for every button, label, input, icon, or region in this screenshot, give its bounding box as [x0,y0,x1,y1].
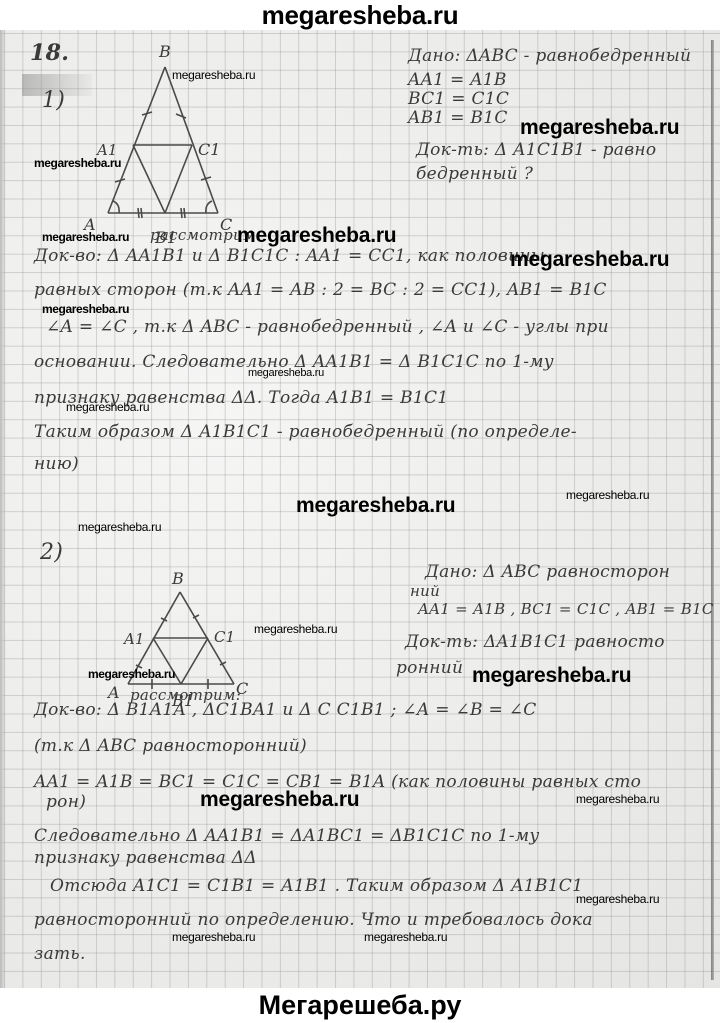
part1-proof-line-7: нию) [34,454,79,474]
watermark: megaresheba.ru [296,494,455,518]
part2-proof-line-2: (т.к Δ ABC равносторонний) [34,736,307,756]
part2-prove-line-2: ронний [396,658,463,678]
part2-proof-line-4: рон) [46,792,86,812]
part2-proof-line-9: зать. [34,944,86,964]
svg-text:C1: C1 [214,628,235,646]
site-header: megaresheba.ru [0,0,720,30]
watermark: megaresheba.ru [172,68,255,82]
part1-proof-line-6: Таким образом Δ A1B1C1 - равнобедренный … [34,422,577,442]
watermark: megaresheba.ru [66,400,149,414]
watermark: megaresheba.ru [237,224,396,248]
part2-proof-line-1: Док-во: Δ B1A1A , ΔC1BA1 и Δ C C1B1 ; ∠A… [34,700,537,720]
watermark: megaresheba.ru [520,116,679,140]
part1-proof-line-3: ∠A = ∠C , т.к Δ ABC - равнобедренный , ∠… [46,317,609,337]
part1-given-title: Дано: ΔABC - равнобедренный [408,46,691,66]
watermark: megaresheba.ru [88,667,175,681]
svg-text:B: B [158,42,171,61]
part2-proof-line-8: равносторонний по определению. Что и тре… [34,910,593,930]
part2-given-title-cont: ний [410,582,440,600]
site-title: megaresheba.ru [262,0,459,30]
part2-proof-line-5: Следовательно Δ AA1B1 = ΔA1BC1 = ΔB1C1C … [34,826,540,846]
part2-given-title: Дано: Δ ABC равносторон [425,562,670,582]
part2-prove-line-1: Док-ть: ΔA1B1C1 равносто [405,632,665,652]
watermark: megaresheba.ru [200,788,359,812]
part1-given-line-3: AB1 = B1C [408,108,508,128]
part2-proof-line-6: признаку равенства ΔΔ [34,848,257,868]
part1-given-line-1: AA1 = A1B [408,70,507,90]
part1-prove-line-1: Док-ть: Δ A1C1B1 - равно [416,140,656,160]
site-footer-title: Мегарешеба.ру [259,990,462,1020]
notebook-page: 18. 1) B A1 C1 A B1 C Дано: ΔABC - равно… [0,30,720,988]
part1-proof-line-2: равных сторон (т.к AA1 = AB : 2 = BC : 2… [34,280,607,300]
watermark: megaresheba.ru [78,520,161,534]
svg-text:C1: C1 [198,140,220,159]
watermark: megaresheba.ru [248,367,324,379]
svg-text:B: B [171,569,184,588]
watermark: megaresheba.ru [42,302,129,316]
watermark: megaresheba.ru [34,156,121,170]
part1-proof-line-1: Док-во: Δ AA1B1 и Δ B1C1C : AA1 = CC1, к… [34,246,545,266]
watermark: megaresheba.ru [576,892,659,906]
svg-text:A1: A1 [122,630,144,648]
part1-prove-line-2: бедренный ? [416,164,533,184]
watermark: megaresheba.ru [472,664,631,688]
watermark: megaresheba.ru [254,622,337,636]
part2-proof-line-7: Отсюда A1C1 = C1B1 = A1B1 . Таким образо… [50,876,583,896]
watermark: megaresheba.ru [172,930,255,944]
part2-given-line: AA1 = A1B , BC1 = C1C , AB1 = B1C [418,600,714,618]
watermark: megaresheba.ru [576,792,659,806]
watermark: megaresheba.ru [566,488,649,502]
watermark: megaresheba.ru [364,930,447,944]
site-footer: Мегарешеба.ру [0,988,720,1023]
watermark: megaresheba.ru [510,248,669,272]
watermark: megaresheba.ru [42,230,129,244]
part1-given-line-2: BC1 = C1C [408,89,509,109]
